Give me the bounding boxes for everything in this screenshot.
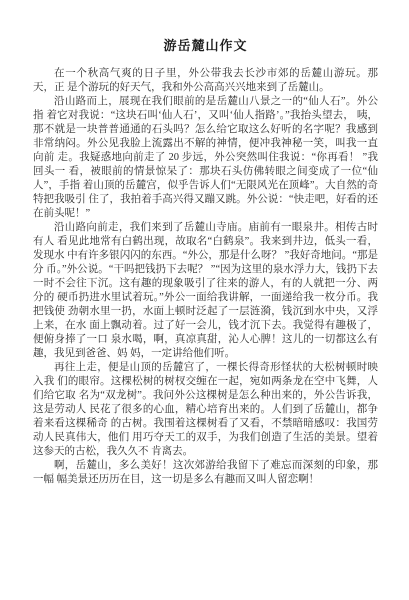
essay-title: 游岳麓山作文 bbox=[33, 38, 378, 54]
essay-body: 在一个秋高气爽的日子里，外公带我去长沙市郊的岳麓山游玩。那天，正 是个游玩的好天… bbox=[33, 67, 378, 487]
essay-paragraph-1: 在一个秋高气爽的日子里，外公带我去长沙市郊的岳麓山游玩。那天，正 是个游玩的好天… bbox=[33, 67, 378, 95]
essay-page: 游岳麓山作文 在一个秋高气爽的日子里，外公带我去长沙市郊的岳麓山游玩。那天，正 … bbox=[0, 0, 409, 600]
essay-paragraph-4: 再往上走，便是山顶的岳麓宫了，一棵长得奇形怪状的大松树顿时映入我 们的眼帘。这棵… bbox=[33, 361, 378, 459]
essay-paragraph-5: 啊，岳麓山，多么美好！这次郊游给我留下了难忘而深刻的印象，那一幅 幅美景还历历在… bbox=[33, 459, 378, 487]
essay-paragraph-3: 沿山路向前走，我们来到了岳麓山寺庙。庙前有一眼泉井。相传古时有人 看见此地常有白… bbox=[33, 221, 378, 361]
essay-paragraph-2: 沿山路而上，展现在我们眼前的是岳麓山八景之一的“仙人石”。外公指 着它对我说：“… bbox=[33, 95, 378, 221]
